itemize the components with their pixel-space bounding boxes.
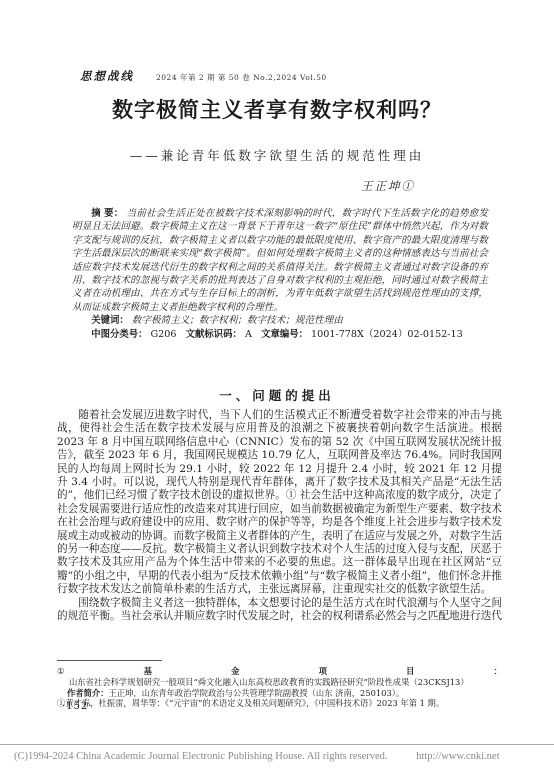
journal-article-page: 思想战线 2024 年第 2 期 第 50 卷 No.2,2024 Vol.50…: [0, 0, 554, 777]
author-name: 王正坤①: [0, 178, 554, 194]
issue-info: 2024 年第 2 期 第 50 卷 No.2,2024 Vol.50: [156, 72, 327, 83]
body-paragraph: 围绕数字极简主义者这一独特群体，本文想要讨论的是生活方式在时代浪潮与个人坚守之间…: [57, 597, 502, 624]
cnki-footer: (C)1994-2024 China Academic Journal Elec…: [14, 751, 544, 762]
footnote-text: 山东省社会科学规划研究一般项目“舜文化融入山东高校思政教育的实践路径研究”阶段性…: [69, 677, 469, 687]
footer-divider: [0, 744, 554, 745]
abstract-block: 摘 要： 当前社会生活正处在被数字技术深刻影响的时代，数字时代下生活数字化的趋势…: [72, 207, 488, 341]
abstract-label: 摘 要：: [91, 208, 123, 219]
article-subtitle: ——兼论青年低数字欲望生活的规范性理由: [0, 146, 554, 164]
footnote-marker: ①: [57, 666, 144, 676]
page-header: 思想战线 2024 年第 2 期 第 50 卷 No.2,2024 Vol.50: [80, 68, 500, 84]
footnotes: ①基金项目：山东省社会科学规划研究一般项目“舜文化融入山东高校思政教育的实践路径…: [57, 666, 502, 709]
abstract-text: 当前社会生活正处在被数字技术深刻影响的时代，数字时代下生活数字化的趋势愈发明显且…: [72, 208, 488, 313]
footnote-text: 王正坤，山东青年政治学院政治与公共管理学院副教授（山东 济南，250103）。: [109, 688, 405, 698]
footnote-label: 作者简介：: [67, 688, 109, 698]
article-id-value: 1001-778X（2024）02-0152-13: [311, 329, 463, 340]
clc-label: 中图分类号：: [91, 329, 147, 340]
article-title: 数字极简主义者享有数字权利吗？: [0, 94, 554, 124]
abstract-paragraph: 摘 要： 当前社会生活正处在被数字技术深刻影响的时代，数字时代下生活数字化的趋势…: [72, 207, 488, 314]
footnote-citation: ①黄才春，杜振雷，周华等：《“元宇宙”的术语定义及相关问题研究》，《中国科技术语…: [57, 698, 502, 709]
body-paragraph: 随着社会发展迈进数字时代，当下人们的生活模式正不断遭受着数字社会带来的冲击与挑战…: [57, 409, 502, 597]
clc-value: G206: [151, 329, 177, 340]
keywords-line: 关键词： 数字极简主义；数字权利；数字技术；规范性理由: [72, 314, 488, 327]
footnote-funding: ①基金项目：山东省社会科学规划研究一般项目“舜文化融入山东高校思政教育的实践路径…: [57, 666, 502, 688]
cnki-url: http://www.cnki.net: [416, 751, 499, 762]
footnote-author-bio: 作者简介：王正坤，山东青年政治学院政治与公共管理学院副教授（山东 济南，2501…: [67, 688, 502, 699]
article-body: 随着社会发展迈进数字时代，当下人们的生活模式正不断遭受着数字社会带来的冲击与挑战…: [57, 409, 502, 624]
footnote-text: 黄才春，杜振雷，周华等：《“元宇宙”的术语定义及相关问题研究》，《中国科技术语》…: [65, 698, 444, 708]
copyright-text: (C)1994-2024 China Academic Journal Elec…: [14, 751, 388, 762]
journal-name: 思想战线: [80, 68, 134, 84]
doc-code-label: 文献标识码：: [186, 329, 242, 340]
section-heading: 一、问题的提出: [0, 386, 554, 404]
keywords-label: 关键词：: [91, 315, 129, 326]
classification-line: 中图分类号： G206 文献标识码： A 文章编号： 1001-778X（202…: [72, 328, 488, 341]
page-number: ·152·: [62, 701, 92, 712]
doc-code-value: A: [245, 329, 252, 340]
keywords-text: 数字极简主义；数字权利；数字技术；规范性理由: [132, 315, 343, 326]
footnote-label: 基金项目：: [144, 666, 502, 676]
footnote-separator: [57, 660, 162, 661]
article-id-label: 文章编号：: [261, 329, 308, 340]
